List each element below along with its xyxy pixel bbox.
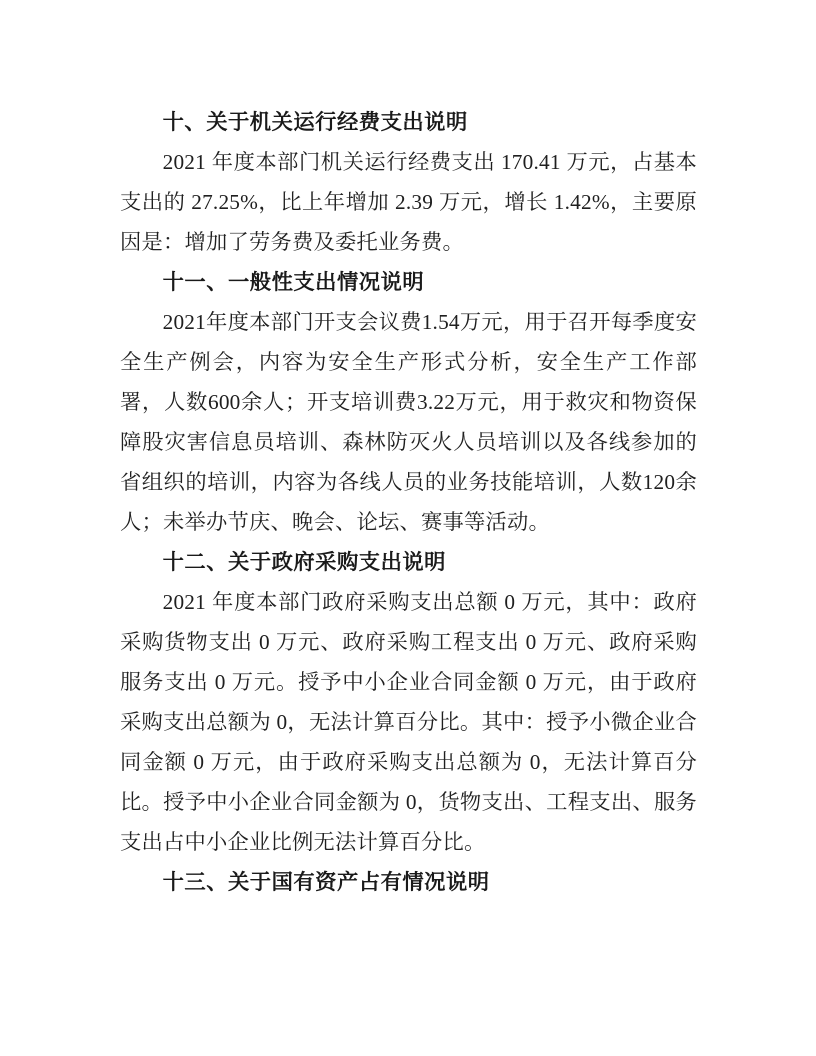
section-heading-general-expenditure: 十一、一般性支出情况说明: [120, 262, 697, 302]
section-heading-operating-expenses: 十、关于机关运行经费支出说明: [120, 102, 697, 142]
paragraph-general-expenditure: 2021年度本部门开支会议费1.54万元，用于召开每季度安全生产例会，内容为安全…: [120, 302, 697, 542]
paragraph-government-procurement: 2021 年度本部门政府采购支出总额 0 万元，其中：政府采购货物支出 0 万元…: [120, 582, 697, 862]
paragraph-operating-expenses: 2021 年度本部门机关运行经费支出 170.41 万元，占基本支出的 27.2…: [120, 142, 697, 262]
section-heading-government-procurement: 十二、关于政府采购支出说明: [120, 542, 697, 582]
section-heading-state-owned-assets: 十三、关于国有资产占有情况说明: [120, 862, 697, 902]
document-page: 十、关于机关运行经费支出说明 2021 年度本部门机关运行经费支出 170.41…: [0, 0, 816, 1056]
